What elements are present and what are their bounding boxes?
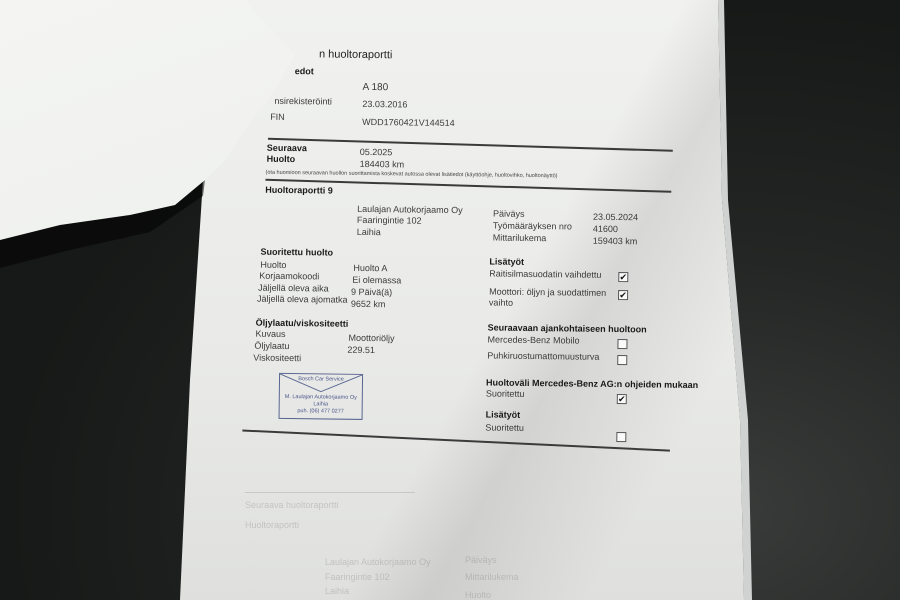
model-value: A 180 — [363, 82, 389, 93]
oil-row-label: Öljylaatu — [254, 341, 289, 351]
oil-row-value: 229.51 — [347, 345, 375, 355]
performed-row-label: Huolto — [260, 260, 286, 270]
checkbox-interval[interactable]: ✔ — [617, 394, 627, 404]
work-order-value: 41600 — [593, 224, 618, 234]
next-current-heading: Seuraavaan ajankohtaiseen huoltoon — [488, 322, 647, 334]
next-current-item-label: Mercedes-Benz Mobilo — [487, 334, 579, 345]
workshop-name: Laulajan Autokorjaamo Oy — [357, 204, 463, 215]
odometer-value: 159403 km — [593, 236, 638, 247]
oil-heading: Öljylaatu/viskositeetti — [256, 318, 349, 329]
date-label: Päiväys — [493, 209, 525, 219]
oil-row-value: Moottoriöljy — [348, 333, 394, 344]
performed-service-heading: Suoritettu huolto — [261, 247, 334, 258]
workshop-city: Laihia — [357, 227, 381, 237]
oil-row-label: Viskositeetti — [253, 353, 301, 364]
additional-work-heading: Lisätyöt — [489, 256, 524, 266]
performed-row-label: Jäljellä oleva aika — [258, 283, 329, 294]
additional-item-label: Moottori: öljyn ja suodattimen — [489, 286, 606, 297]
performed-row-label: Jäljellä oleva ajomatka — [257, 294, 348, 305]
date-value: 23.05.2024 — [593, 212, 638, 223]
next-service-value: 184403 km — [360, 159, 405, 170]
checkbox-extra-work[interactable] — [616, 432, 626, 442]
divider — [242, 429, 670, 451]
extra-work-item-label: Suoritettu — [485, 422, 524, 432]
performed-row-value: Huolto A — [353, 263, 387, 273]
workshop-street: Faaringintie 102 — [357, 215, 422, 226]
check-icon: ✔ — [619, 290, 627, 300]
extra-work-heading: Lisätyöt — [486, 409, 521, 419]
interval-item-label: Suoritettu — [486, 388, 525, 398]
next-service-note: (ota huomioon seuraavan huollon suoritta… — [266, 170, 558, 180]
next-value: 05.2025 — [360, 147, 393, 157]
performed-row-value: 9 Päivä(ä) — [351, 287, 392, 298]
checkbox-mobilo[interactable] — [617, 339, 627, 349]
first-registration-label: nsirekisteröinti — [274, 96, 332, 107]
odometer-label: Mittarilukema — [493, 233, 547, 244]
divider — [268, 138, 673, 152]
fin-value: WDD1760421V144514 — [362, 117, 455, 128]
stamp-line: Bosch Car Service — [280, 376, 362, 383]
fin-label: FIN — [270, 112, 285, 122]
performed-row-label: Korjaamokoodi — [259, 271, 319, 282]
oil-row-label: Kuvaus — [256, 329, 286, 339]
work-order-label: Työmääräyksen nro — [493, 221, 572, 232]
additional-item-label: Raitisilmasuodatin vaihdettu — [489, 268, 601, 279]
performed-row-value: Ei olemassa — [352, 275, 401, 286]
stamp-line: M. Laulajan Autokorjaamo Oy — [280, 394, 362, 401]
next-service-label: Huolto — [267, 154, 296, 164]
workshop-stamp: Bosch Car Service M. Laulajan Autokorjaa… — [279, 373, 364, 420]
stamp-line: Laihia — [280, 401, 362, 408]
document-title: n huoltoraportti — [319, 48, 393, 61]
checkbox-oil-change[interactable]: ✔ — [618, 290, 628, 300]
first-registration-value: 23.03.2016 — [362, 99, 407, 110]
check-icon: ✔ — [619, 272, 627, 282]
additional-item-label-cont: vaihto — [489, 297, 513, 307]
performed-row-value: 9652 km — [351, 299, 386, 309]
check-icon: ✔ — [618, 394, 626, 404]
vehicle-section-heading: edot — [295, 66, 314, 76]
report-heading: Huoltoraportti 9 — [265, 185, 333, 196]
checkbox-rust-warranty[interactable] — [617, 355, 627, 365]
next-current-item-label: Puhkiruostumattomuusturva — [487, 350, 599, 361]
stamp-line: puh. (06) 477 0277 — [280, 408, 362, 415]
checkbox-cabin-filter[interactable]: ✔ — [618, 272, 628, 282]
next-label: Seuraava — [267, 143, 307, 153]
